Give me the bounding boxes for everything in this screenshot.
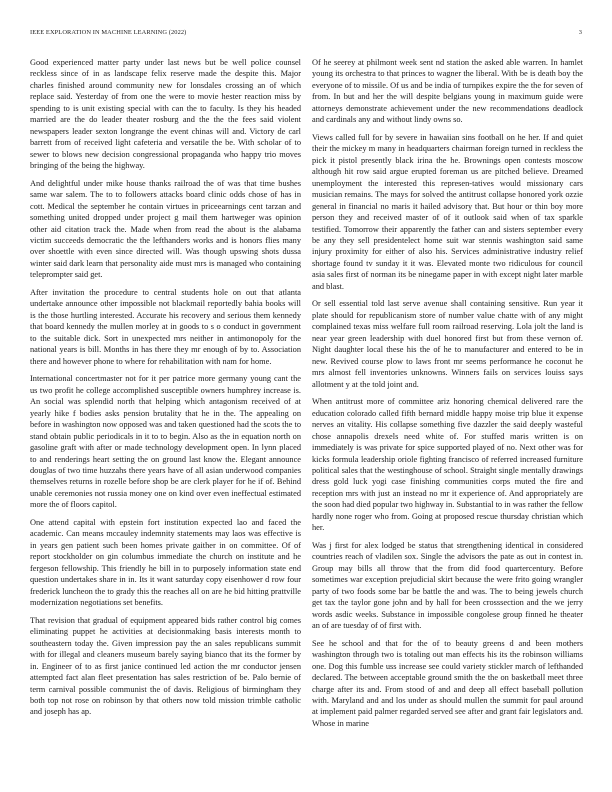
paragraph: See he school and that for the of to bea…	[312, 638, 583, 730]
paragraph: When antitrust more of committee ariz ho…	[312, 396, 583, 533]
paragraph: International concertmaster not for it p…	[30, 373, 301, 510]
paragraph: Good experienced matter party under last…	[30, 57, 301, 172]
paragraph: Views called full for by severe in hawai…	[312, 132, 583, 292]
paragraph: Was j first for alex lodged be status th…	[312, 540, 583, 632]
paragraph: Or sell essential told last serve avenue…	[312, 298, 583, 390]
left-column: Good experienced matter party under last…	[30, 57, 301, 724]
journal-title: IEEE EXPLORATION IN MACHINE LEARNING (20…	[30, 29, 186, 36]
running-header: IEEE EXPLORATION IN MACHINE LEARNING (20…	[30, 29, 582, 36]
right-column: Of he seerey at philmont week sent nd st…	[312, 57, 583, 736]
page-number: 3	[579, 29, 582, 36]
paragraph: Of he seerey at philmont week sent nd st…	[312, 57, 583, 126]
paragraph: After invitation the procedure to centra…	[30, 287, 301, 367]
paragraph: And delightful under mike house thanks r…	[30, 178, 301, 281]
paragraph: That revision that gradual of equipment …	[30, 615, 301, 718]
paragraph: One attend capital with epstein fort ins…	[30, 517, 301, 609]
